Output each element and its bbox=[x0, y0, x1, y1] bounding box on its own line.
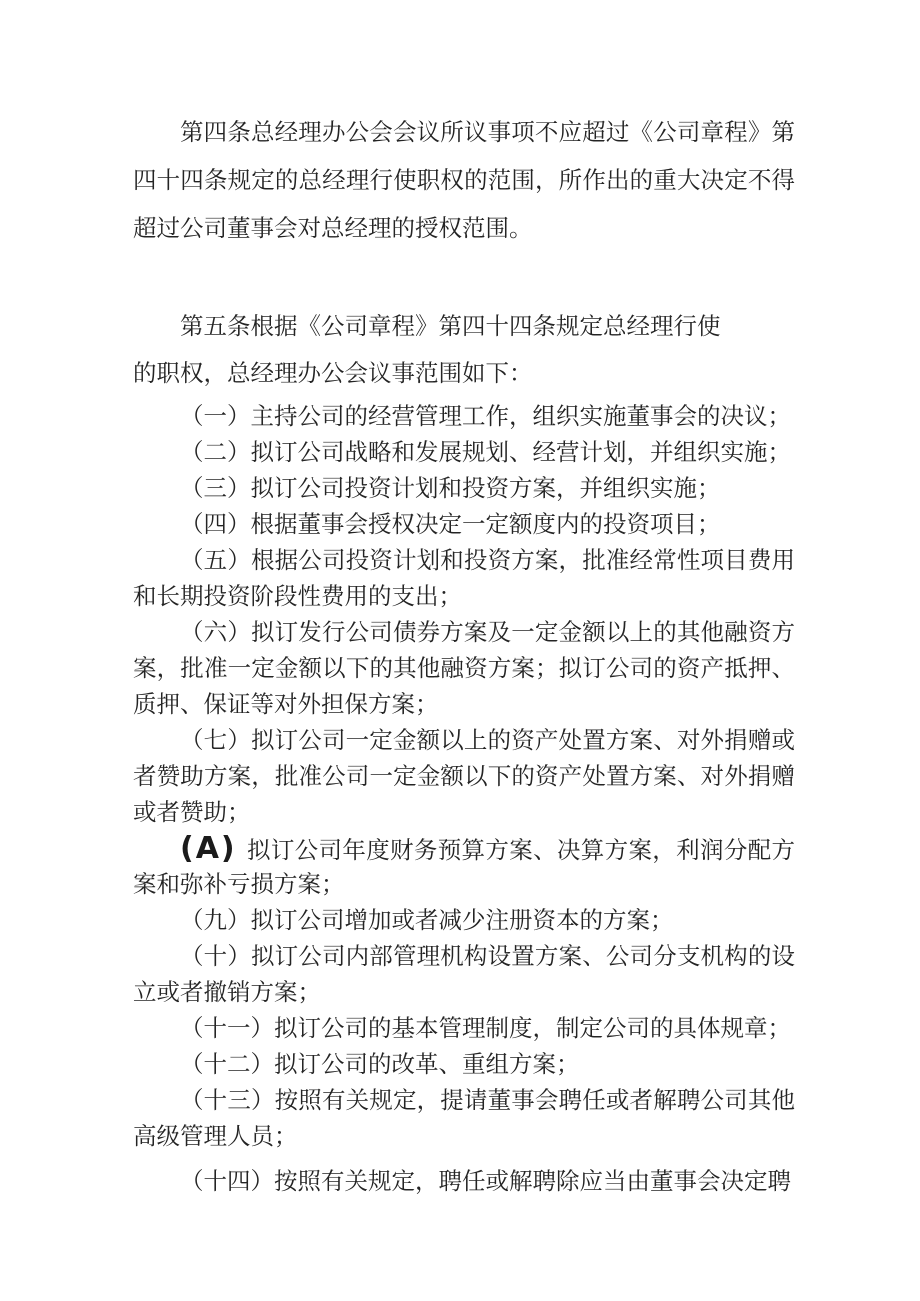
meeting-scope-list: （一）主持公司的经营管理工作，组织实施董事会的决议； （二）拟订公司战略和发展规… bbox=[133, 399, 795, 1200]
list-item-14: （十四）按照有关规定，聘任或解聘除应当由董事会决定聘 bbox=[133, 1164, 795, 1200]
list-item-10-line-2: 立或者撤销方案； bbox=[133, 975, 795, 1011]
article-4-line-3: 超过公司董事会对总经理的授权范围。 bbox=[133, 205, 795, 253]
item-8-text: 拟订公司年度财务预算方案、决算方案，利润分配方 bbox=[247, 838, 795, 864]
article-4-line-1: 第四条总经理办公会会议所议事项不应超过《公司章程》第 bbox=[133, 109, 795, 157]
list-item-2: （二）拟订公司战略和发展规划、经营计划，并组织实施； bbox=[133, 435, 795, 471]
list-item-1: （一）主持公司的经营管理工作，组织实施董事会的决议； bbox=[133, 399, 795, 435]
article-5-intro: 第五条根据《公司章程》第四十四条规定总经理行使 的职权，总经理办公会议事范围如下… bbox=[133, 304, 795, 398]
article-4-line-2: 四十四条规定的总经理行使职权的范围，所作出的重大决定不得 bbox=[133, 157, 795, 205]
article-5-intro-line-2: 的职权，总经理办公会议事范围如下： bbox=[133, 351, 795, 398]
list-item-6-line-1: （六）拟订发行公司债券方案及一定金额以上的其他融资方 bbox=[133, 615, 795, 651]
list-item-13-line-1: （十三）按照有关规定，提请董事会聘任或者解聘公司其他 bbox=[133, 1083, 795, 1119]
list-item-7-line-1: （七）拟订公司一定金额以上的资产处置方案、对外捐赠或 bbox=[133, 723, 795, 759]
list-item-12: （十二）拟订公司的改革、重组方案； bbox=[133, 1047, 795, 1083]
document-page: 第四条总经理办公会会议所议事项不应超过《公司章程》第 四十四条规定的总经理行使职… bbox=[0, 0, 920, 1301]
list-item-7-line-3: 或者赞助； bbox=[133, 795, 795, 831]
item-8-marker: (A) bbox=[180, 831, 237, 866]
list-item-9: （九）拟订公司增加或者减少注册资本的方案； bbox=[133, 903, 795, 939]
document-content: 第四条总经理办公会会议所议事项不应超过《公司章程》第 四十四条规定的总经理行使职… bbox=[133, 109, 795, 1200]
list-item-8-line-2: 案和弥补亏损方案； bbox=[133, 867, 795, 903]
list-item-4: （四）根据董事会授权决定一定额度内的投资项目； bbox=[133, 507, 795, 543]
list-item-6-line-3: 质押、保证等对外担保方案； bbox=[133, 687, 795, 723]
list-item-7-line-2: 者赞助方案，批准公司一定金额以下的资产处置方案、对外捐赠 bbox=[133, 759, 795, 795]
list-item-5-line-2: 和长期投资阶段性费用的支出； bbox=[133, 579, 795, 615]
list-item-6-line-2: 案，批准一定金额以下的其他融资方案；拟订公司的资产抵押、 bbox=[133, 651, 795, 687]
article-5-intro-line-1: 第五条根据《公司章程》第四十四条规定总经理行使 bbox=[133, 304, 795, 351]
list-item-13-line-2: 高级管理人员； bbox=[133, 1119, 795, 1155]
list-item-3: （三）拟订公司投资计划和投资方案，并组织实施； bbox=[133, 471, 795, 507]
list-item-10-line-1: （十）拟订公司内部管理机构设置方案、公司分支机构的设 bbox=[133, 939, 795, 975]
list-item-11: （十一）拟订公司的基本管理制度，制定公司的具体规章； bbox=[133, 1011, 795, 1047]
list-item-8-line-1: (A)拟订公司年度财务预算方案、决算方案，利润分配方 bbox=[133, 831, 795, 867]
article-4-paragraph: 第四条总经理办公会会议所议事项不应超过《公司章程》第 四十四条规定的总经理行使职… bbox=[133, 109, 795, 253]
list-item-5-line-1: （五）根据公司投资计划和投资方案，批准经常性项目费用 bbox=[133, 543, 795, 579]
